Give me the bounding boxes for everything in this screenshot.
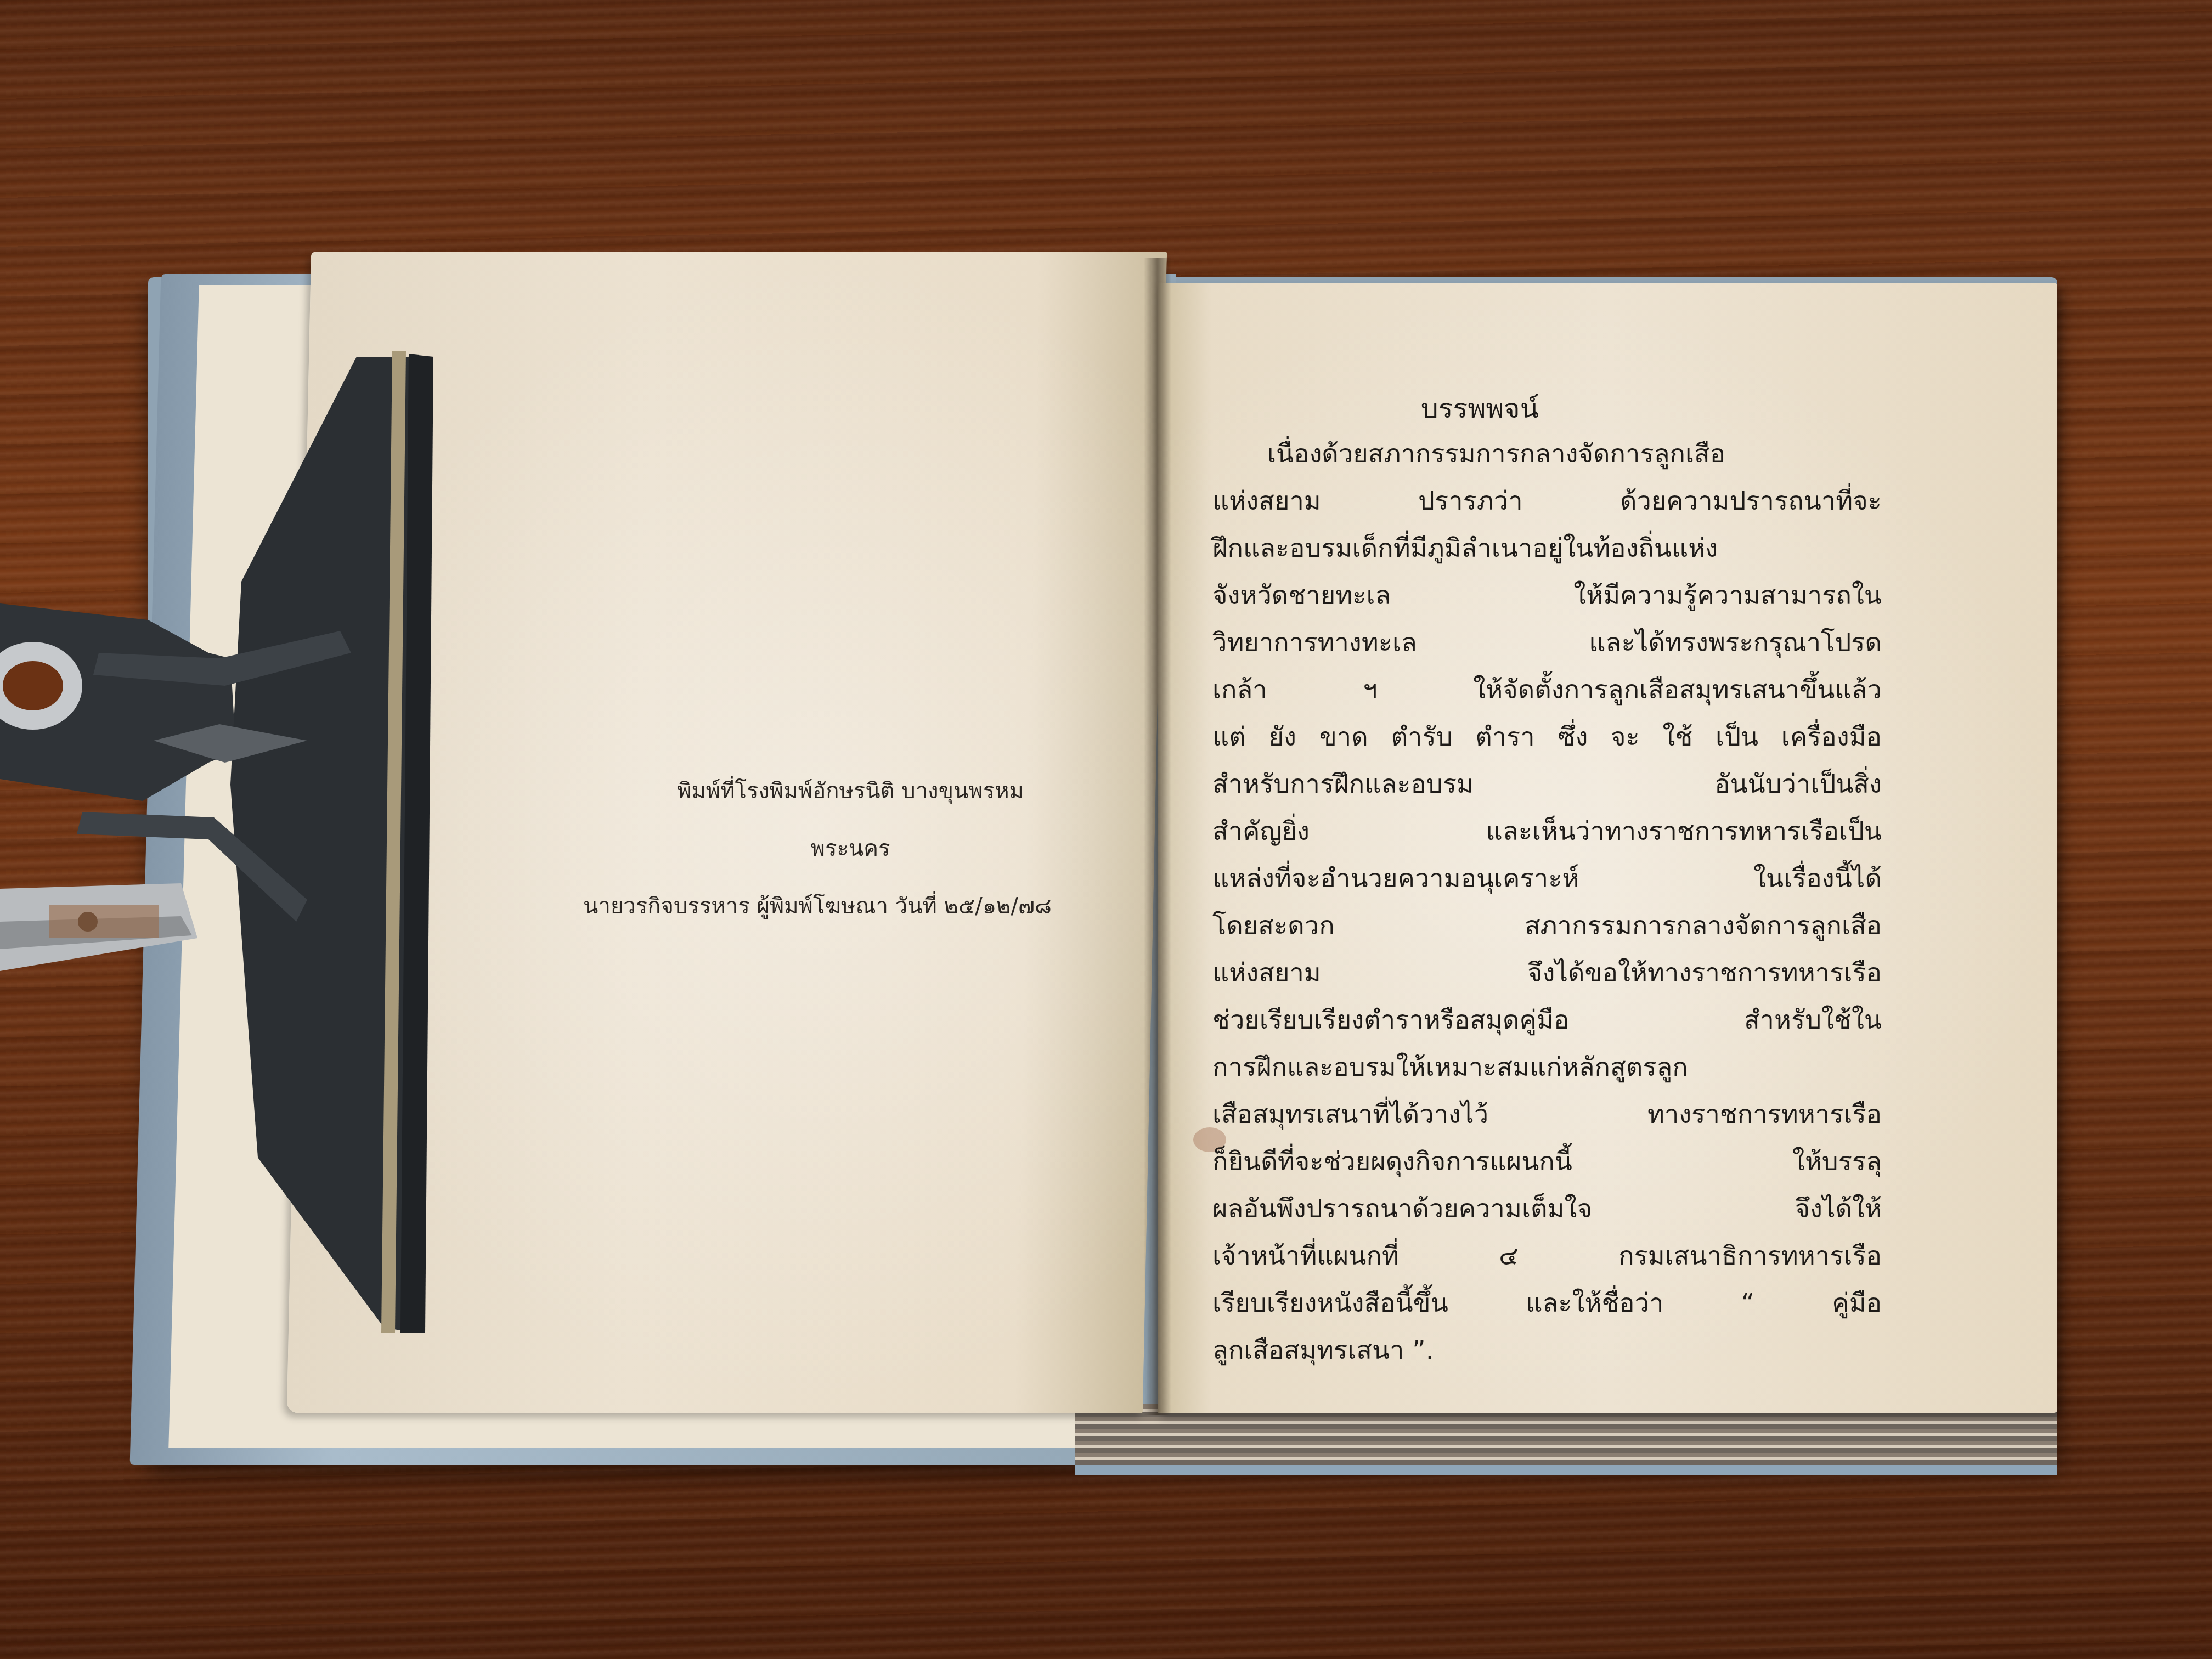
- text-line: ลูกเสือสมุทรเสนา ”.: [1212, 1327, 1882, 1374]
- text-line: เรียบเรียงหนังสือนี้ขึ้น และให้ชื่อว่า “…: [1212, 1280, 1882, 1327]
- page-edges: [1075, 1404, 2057, 1475]
- text-line: โดยสะดวก สภากรรมการกลางจัดการลูกเสือ: [1212, 902, 1882, 950]
- preface-title: บรรพพจน์: [1421, 387, 1882, 431]
- text-line: เกล้า ฯ ให้จัดตั้งการลูกเสือสมุทรเสนาขึ้…: [1212, 667, 1882, 714]
- text-line: วิทยาการทางทะเล และได้ทรงพระกรุณาโปรด: [1212, 619, 1882, 667]
- text-line: สำคัญยิ่ง และเห็นว่าทางราชการทหารเรือเป็…: [1212, 808, 1882, 855]
- text-line: ฝึกและอบรมเด็กที่มีภูมิลำเนาอยู่ในท้องถิ…: [1212, 525, 1882, 572]
- text-line: จังหวัดชายทะเล ให้มีความรู้ความสามารถใน: [1212, 572, 1882, 619]
- text-line: ช่วยเรียบเรียงตำราหรือสมุดคู่มือ สำหรับใ…: [1212, 997, 1882, 1044]
- printer-imprint: พิมพ์ที่โรงพิมพ์อักษรนิติ บางขุนพรหม พระ…: [582, 763, 1053, 935]
- text-line: เจ้าหน้าที่แผนกที่ ๔ กรมเสนาธิการทหารเรื…: [1212, 1233, 1882, 1280]
- bleed-through-text: [603, 691, 1042, 741]
- metal-clip-icon: [0, 346, 450, 1344]
- text-line: แห่งสยาม จึงได้ขอให้ทางราชการทหารเรือ: [1212, 950, 1882, 997]
- text-line: ก็ยินดีที่จะช่วยผดุงกิจการแผนกนี้ ให้บรร…: [1212, 1138, 1882, 1186]
- text-line: เนื่องด้วยสภากรรมการกลางจัดการลูกเสือ: [1212, 431, 1882, 478]
- text-line: การฝึกและอบรมให้เหมาะสมแก่หลักสูตรลูก: [1212, 1044, 1882, 1091]
- text-line: เสือสมุทรเสนาที่ได้วางไว้ ทางราชการทหารเ…: [1212, 1091, 1882, 1138]
- imprint-line-2: นายวรกิจบรรหาร ผู้พิมพ์โฆษณา วันที่ ๒๕/๑…: [582, 878, 1053, 935]
- text-line: แต่ ยัง ขาด ตำรับ ตำรา ซึ่ง จะ ใช้ เป็น …: [1212, 714, 1882, 761]
- preface-text: บรรพพจน์ เนื่องด้วยสภากรรมการกลางจัดการล…: [1212, 387, 1882, 1374]
- text-line: ผลอันพึงปรารถนาด้วยความเต็มใจ จึงได้ให้: [1212, 1186, 1882, 1233]
- text-line: แห่งสยาม ปรารภว่า ด้วยความปรารถนาที่จะ: [1212, 478, 1882, 525]
- book-gutter: [1144, 258, 1171, 1415]
- text-line: สำหรับการฝึกและอบรม อันนับว่าเป็นสิ่ง: [1212, 761, 1882, 808]
- imprint-line-1: พิมพ์ที่โรงพิมพ์อักษรนิติ บางขุนพรหม พระ…: [582, 763, 1053, 878]
- text-line: แหล่งที่จะอำนวยความอนุเคราะห์ ในเรื่องนี…: [1212, 855, 1882, 902]
